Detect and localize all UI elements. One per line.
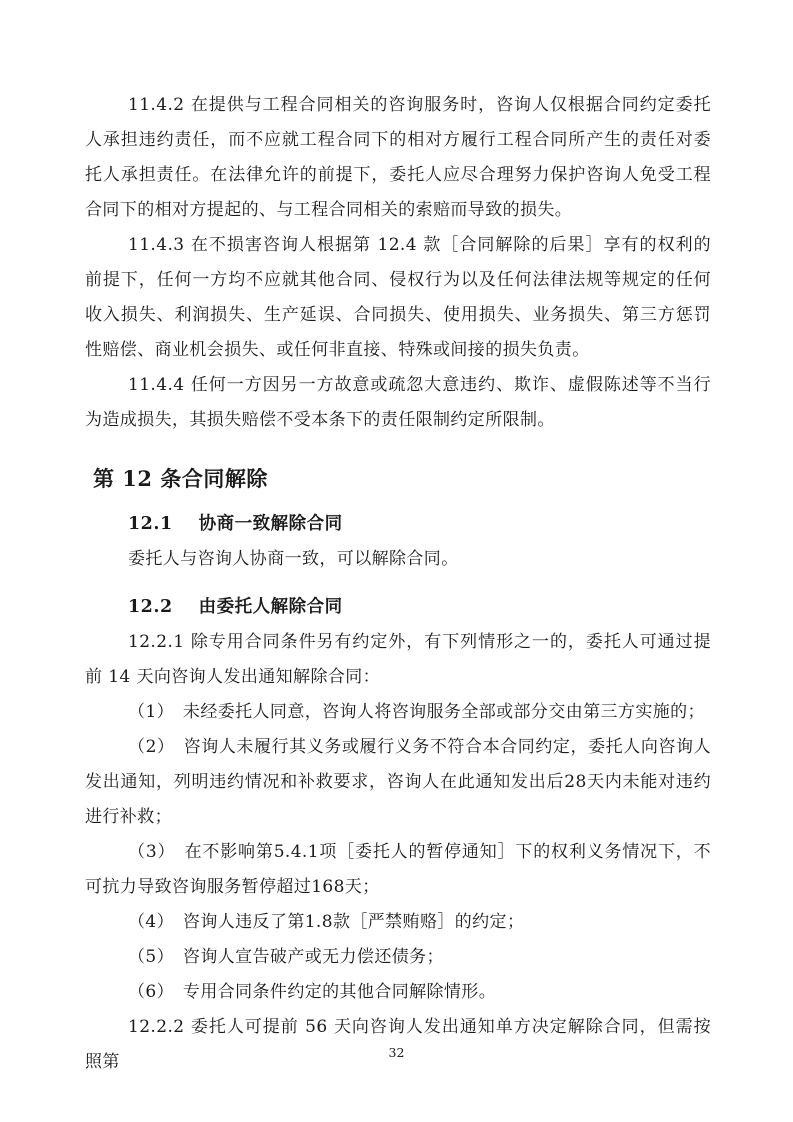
termination-item-2: （2） 咨询人未履行其义务或履行义务不符合本合同约定，委托人向咨询人发出通知，列… xyxy=(85,730,711,835)
clause-11-4-4: 11.4.4 任何一方因另一方故意或疏忽大意违约、欺诈、虚假陈述等不当行为造成损… xyxy=(85,368,711,438)
termination-item-5: （5） 咨询人宣告破产或无力偿还债务； xyxy=(85,940,711,975)
page-number: 32 xyxy=(0,1045,793,1060)
clause-11-4-3: 11.4.3 在不损害咨询人根据第 12.4 款［合同解除的后果］享有的权利的前… xyxy=(85,228,711,368)
clause-12-1-body: 委托人与咨询人协商一致，可以解除合同。 xyxy=(85,542,711,577)
chapter-12-heading: 第 12 条合同解除 xyxy=(93,464,711,494)
document-content: 11.4.2 在提供与工程合同相关的咨询服务时，咨询人仅根据合同约定委托人承担违… xyxy=(0,0,793,1080)
clause-12-2-1: 12.2.1 除专用合同条件另有约定外，有下列情形之一的，委托人可通过提前 14… xyxy=(85,625,711,695)
section-12-2-title: 由委托人解除合同 xyxy=(199,597,343,617)
section-12-1-number: 12.1 xyxy=(128,514,173,534)
section-12-1-title: 协商一致解除合同 xyxy=(199,514,343,534)
termination-item-6: （6） 专用合同条件约定的其他合同解除情形。 xyxy=(85,975,711,1010)
document-page: 11.4.2 在提供与工程合同相关的咨询服务时，咨询人仅根据合同约定委托人承担违… xyxy=(0,0,793,1122)
section-12-1-heading: 12.1协商一致解除合同 xyxy=(85,507,711,542)
termination-item-1: （1） 未经委托人同意，咨询人将咨询服务全部或部分交由第三方实施的； xyxy=(85,695,711,730)
section-12-2-heading: 12.2由委托人解除合同 xyxy=(85,590,711,625)
section-12-2-number: 12.2 xyxy=(128,597,173,617)
termination-item-4: （4） 咨询人违反了第1.8款［严禁贿赂］的约定； xyxy=(85,905,711,940)
termination-item-3: （3） 在不影响第5.4.1项［委托人的暂停通知］下的权利义务情况下，不可抗力导… xyxy=(85,835,711,905)
clause-11-4-2: 11.4.2 在提供与工程合同相关的咨询服务时，咨询人仅根据合同约定委托人承担违… xyxy=(85,88,711,228)
